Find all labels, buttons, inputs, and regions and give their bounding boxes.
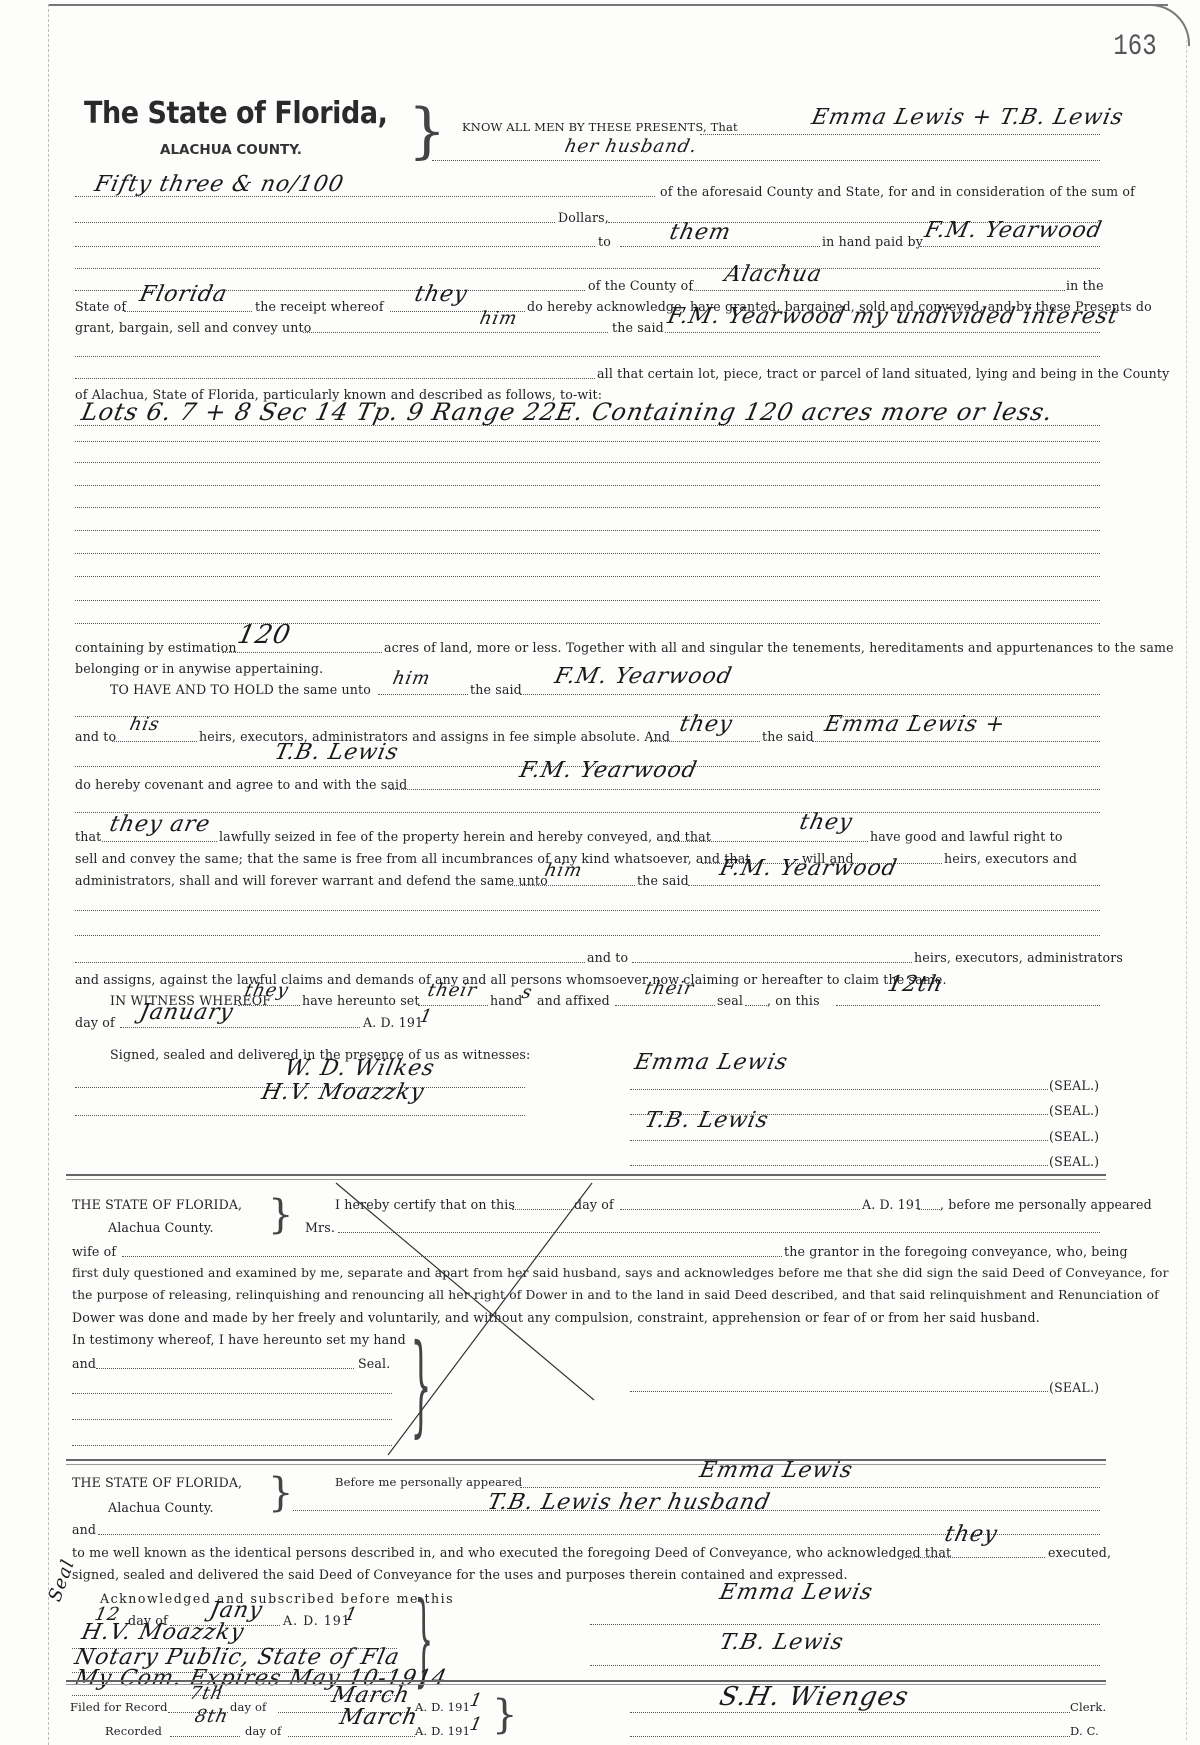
text: executed,: [1048, 1545, 1111, 1560]
text: Before me personally appeared: [335, 1475, 522, 1489]
handwritten-rec-day: 8th: [193, 1706, 231, 1727]
signature-line: [590, 1624, 1100, 1625]
handwritten-clerk-signature: S.H. Wienges: [717, 1682, 912, 1712]
dotted-line: [288, 1736, 415, 1737]
signature-line: [590, 1665, 1100, 1666]
handwritten-they: they: [942, 1522, 1000, 1547]
handwritten-appeared: Emma Lewis: [697, 1458, 855, 1483]
handwritten-ack-signer-1: Emma Lewis: [717, 1580, 875, 1605]
text: Recorded: [105, 1724, 162, 1738]
text: day of: [245, 1724, 281, 1738]
handwritten-and: T.B. Lewis her husband: [485, 1490, 772, 1515]
brace: }: [268, 1470, 293, 1516]
handwritten-ack-signer-2: T.B. Lewis: [717, 1630, 846, 1655]
brace: }: [492, 1692, 517, 1738]
text: Acknowledged and subscribed before me th…: [100, 1591, 454, 1606]
dc-label: D. C.: [1070, 1724, 1099, 1738]
text: A. D. 191: [415, 1700, 470, 1714]
deed-page: 163 The State of Florida, ALACHUA COUNTY…: [0, 0, 1200, 1745]
clerk-label: Clerk.: [1070, 1700, 1106, 1714]
ack-state-heading: THE STATE OF FLORIDA,: [72, 1475, 242, 1490]
dotted-line: [170, 1736, 240, 1737]
text: day of: [230, 1700, 266, 1714]
handwritten-notary-name: H.V. Moazzky: [79, 1620, 246, 1645]
signature-line: [630, 1712, 1070, 1713]
signature-line: [630, 1736, 1070, 1737]
text: A. D. 191: [283, 1613, 351, 1628]
dotted-line: [905, 1557, 1045, 1558]
text: and: [72, 1522, 96, 1537]
text: Filed for Record: [70, 1700, 168, 1714]
dotted-line: [520, 1487, 1100, 1488]
handwritten-filed-day: 7th: [188, 1683, 226, 1704]
section-divider: [66, 1459, 1106, 1465]
ack-county: Alachua County.: [108, 1500, 214, 1515]
text: A. D. 191: [415, 1724, 470, 1738]
text: to me well known as the identical person…: [72, 1545, 951, 1560]
handwritten-rec-month: March: [337, 1705, 420, 1730]
